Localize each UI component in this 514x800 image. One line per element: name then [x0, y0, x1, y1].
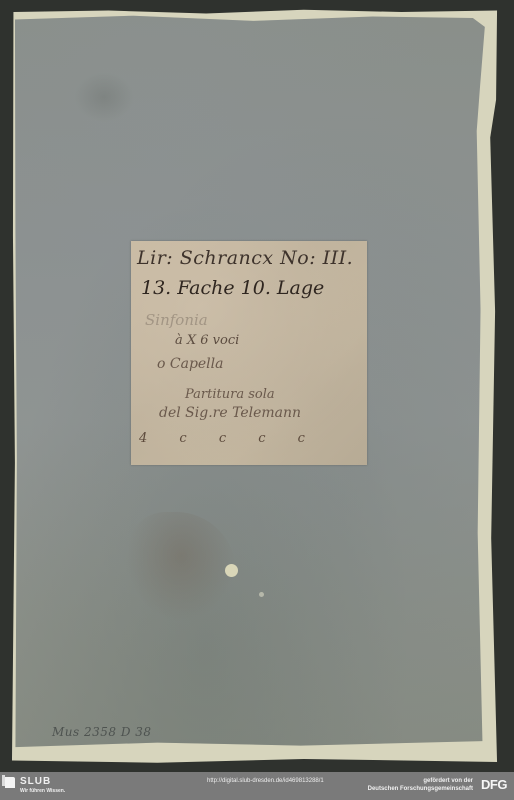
slub-logo[interactable]: SLUB Wir führen Wissen. [5, 776, 65, 795]
slub-book-icon [5, 777, 15, 788]
label-line-5: o Capella [157, 356, 224, 372]
stain [74, 72, 134, 122]
label-line-2: 13. Fache 10. Lage [141, 277, 324, 299]
label-line-3: Sinfonia [145, 311, 208, 329]
dfg-logo[interactable]: DFG [481, 777, 507, 792]
funding-line-2: Deutschen Forschungsgemeinschaft [368, 785, 473, 793]
label-line-7: del Sig.re Telemann [159, 405, 301, 421]
label-line-8: 4 c c c c [139, 431, 319, 446]
shelfmark: Mus 2358 D 38 [52, 725, 152, 739]
label-line-4: à X 6 voci [175, 333, 239, 348]
permalink-url[interactable]: http://digital.slub-dresden.de/id4698132… [207, 778, 324, 784]
footer-bar: SLUB Wir führen Wissen. http://digital.s… [0, 772, 514, 800]
label-line-1: Lir: Schrancx No: III. [137, 247, 353, 269]
paper-blemish [225, 564, 238, 577]
slub-name: SLUB [20, 776, 65, 787]
document-viewer: Lir: Schrancx No: III. 13. Fache 10. Lag… [0, 0, 514, 772]
funding-line-1: gefördert von der [368, 777, 473, 785]
label-line-6: Partitura sola [185, 387, 275, 402]
water-stain [126, 512, 236, 622]
title-label: Lir: Schrancx No: III. 13. Fache 10. Lag… [131, 241, 367, 465]
slub-tagline: Wir führen Wissen. [20, 787, 65, 795]
paper-blemish-small [259, 592, 264, 597]
funding-note: gefördert von der Deutschen Forschungsge… [368, 777, 473, 793]
